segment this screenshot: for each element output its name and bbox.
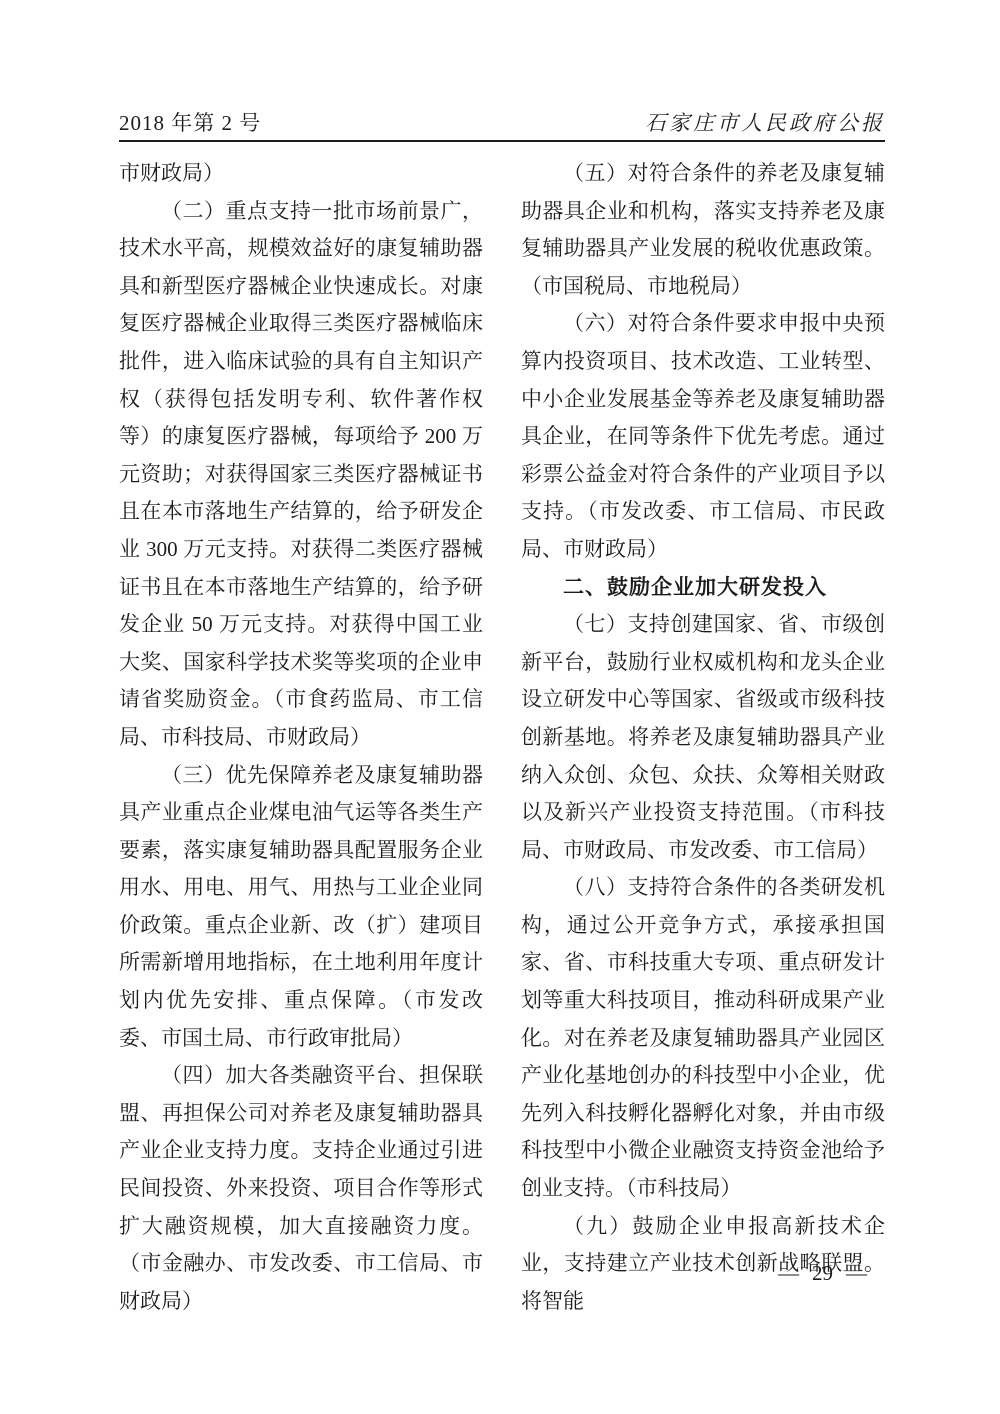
paragraph-item-8: （八）支持符合条件的各类研发机构，通过公开竞争方式，承接承担国家、省、市科技重大… <box>521 869 885 1207</box>
paragraph-item-5: （五）对符合条件的养老及康复辅助器具企业和机构，落实支持养老及康复辅助器具产业发… <box>521 155 885 305</box>
header-rule-divider <box>119 140 885 142</box>
paragraph-item-6: （六）对符合条件要求申报中央预算内投资项目、技术改造、工业转型、中小企业发展基金… <box>521 305 885 568</box>
paragraph-item-4: （四）加大各类融资平台、担保联盟、再担保公司对养老及康复辅助器具产业企业支持力度… <box>119 1057 483 1320</box>
page-header: 2018 年第 2 号 石家庄市人民政府公报 <box>119 110 885 136</box>
document-body: 市财政局） （二）重点支持一批市场前景广，技术水平高，规模效益好的康复辅助器具和… <box>119 155 885 1320</box>
footer-dash-left: — <box>778 1260 799 1286</box>
paragraph-item-7: （七）支持创建国家、省、市级创新平台，鼓励行业权威机构和龙头企业设立研发中心等国… <box>521 606 885 869</box>
left-column: 市财政局） （二）重点支持一批市场前景广，技术水平高，规模效益好的康复辅助器具和… <box>119 155 483 1320</box>
paragraph-item-2: （二）重点支持一批市场前景广，技术水平高，规模效益好的康复辅助器具和新型医疗器械… <box>119 193 483 757</box>
paragraph-continuation: 市财政局） <box>119 155 483 193</box>
section-heading-two: 二、鼓励企业加大研发投入 <box>521 569 885 607</box>
page-number: 29 <box>812 1260 833 1286</box>
paragraph-item-3: （三）优先保障养老及康复辅助器具产业重点企业煤电油气运等各类生产要素，落实康复辅… <box>119 757 483 1058</box>
header-issue-number: 2018 年第 2 号 <box>119 110 261 136</box>
footer-dash-right: — <box>846 1260 867 1286</box>
right-column: （五）对符合条件的养老及康复辅助器具企业和机构，落实支持养老及康复辅助器具产业发… <box>521 155 885 1320</box>
gazette-page: 2018 年第 2 号 石家庄市人民政府公报 市财政局） （二）重点支持一批市场… <box>0 0 1000 1414</box>
page-footer: — 29 — <box>778 1260 867 1286</box>
header-gazette-title: 石家庄市人民政府公报 <box>645 110 885 136</box>
